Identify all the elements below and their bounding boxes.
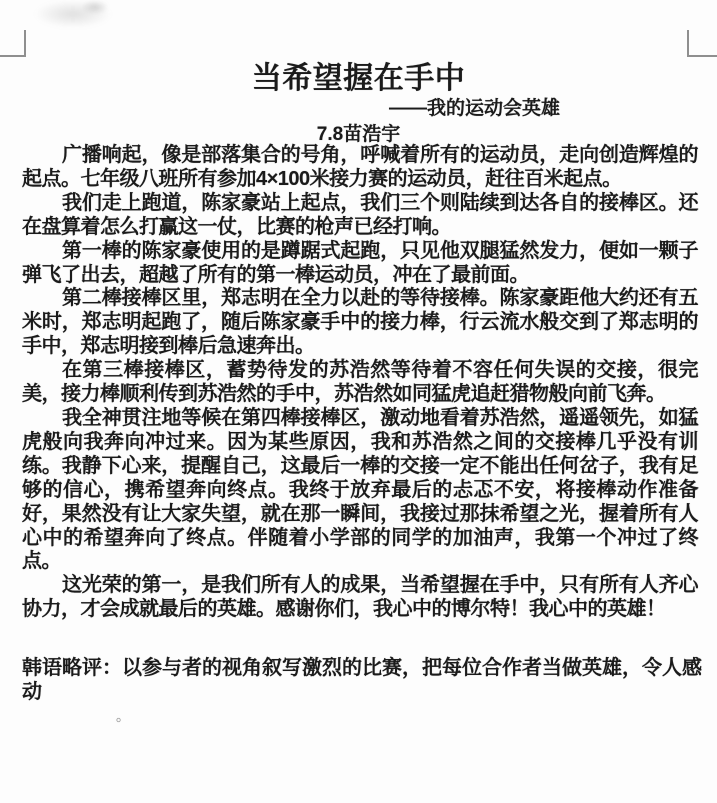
essay-body: 广播响起，像是部落集合的号角，呼喊着所有的运动员，走向创造辉煌的起点。七年级八班…	[22, 144, 698, 622]
essay-author-line: 7.8苗浩宇	[0, 119, 717, 146]
essay-subtitle: ——我的运动会英雄	[0, 93, 560, 120]
essay-paragraph: 在第三棒接棒区，蓄势待发的苏浩然等待着不容任何失误的交接，很完美，接力棒顺利传到…	[22, 359, 698, 407]
document-page: 当希望握在手中 ——我的运动会英雄 7.8苗浩宇 广播响起，像是部落集合的号角，…	[0, 0, 717, 803]
essay-paragraph: 第一棒的陈家豪使用的是蹲踞式起跑，只见他双腿猛然发力，便如一颗子弹飞了出去，超越…	[22, 240, 698, 288]
essay-paragraph: 我全神贯注地等候在第四棒接棒区，激动地看着苏浩然，遥遥领先，如猛虎般向我奔向冲过…	[22, 407, 698, 574]
essay-paragraph: 我们走上跑道，陈家豪站上起点，我们三个则陆续到达各自的接棒区。还在盘算着怎么打赢…	[22, 192, 698, 240]
essay-paragraph: 第二棒接棒区里，郑志明在全力以赴的等待接棒。陈家豪距他大约还有五米时，郑志明起跑…	[22, 287, 698, 359]
essay-title: 当希望握在手中	[0, 53, 717, 97]
teacher-comment-line: 韩语略评：以参与者的视角叙写激烈的比赛，把每位合作者当做英雄，令人感动	[22, 656, 702, 704]
stray-punctuation-mark: 。	[116, 706, 130, 726]
essay-paragraph: 这光荣的第一，是我们所有人的成果，当希望握在手中，只有所有人齐心协力，才会成就最…	[22, 574, 698, 622]
scan-artifact-smudge-small	[82, 0, 108, 14]
essay-paragraph: 广播响起，像是部落集合的号角，呼喊着所有的运动员，走向创造辉煌的起点。七年级八班…	[22, 144, 698, 192]
